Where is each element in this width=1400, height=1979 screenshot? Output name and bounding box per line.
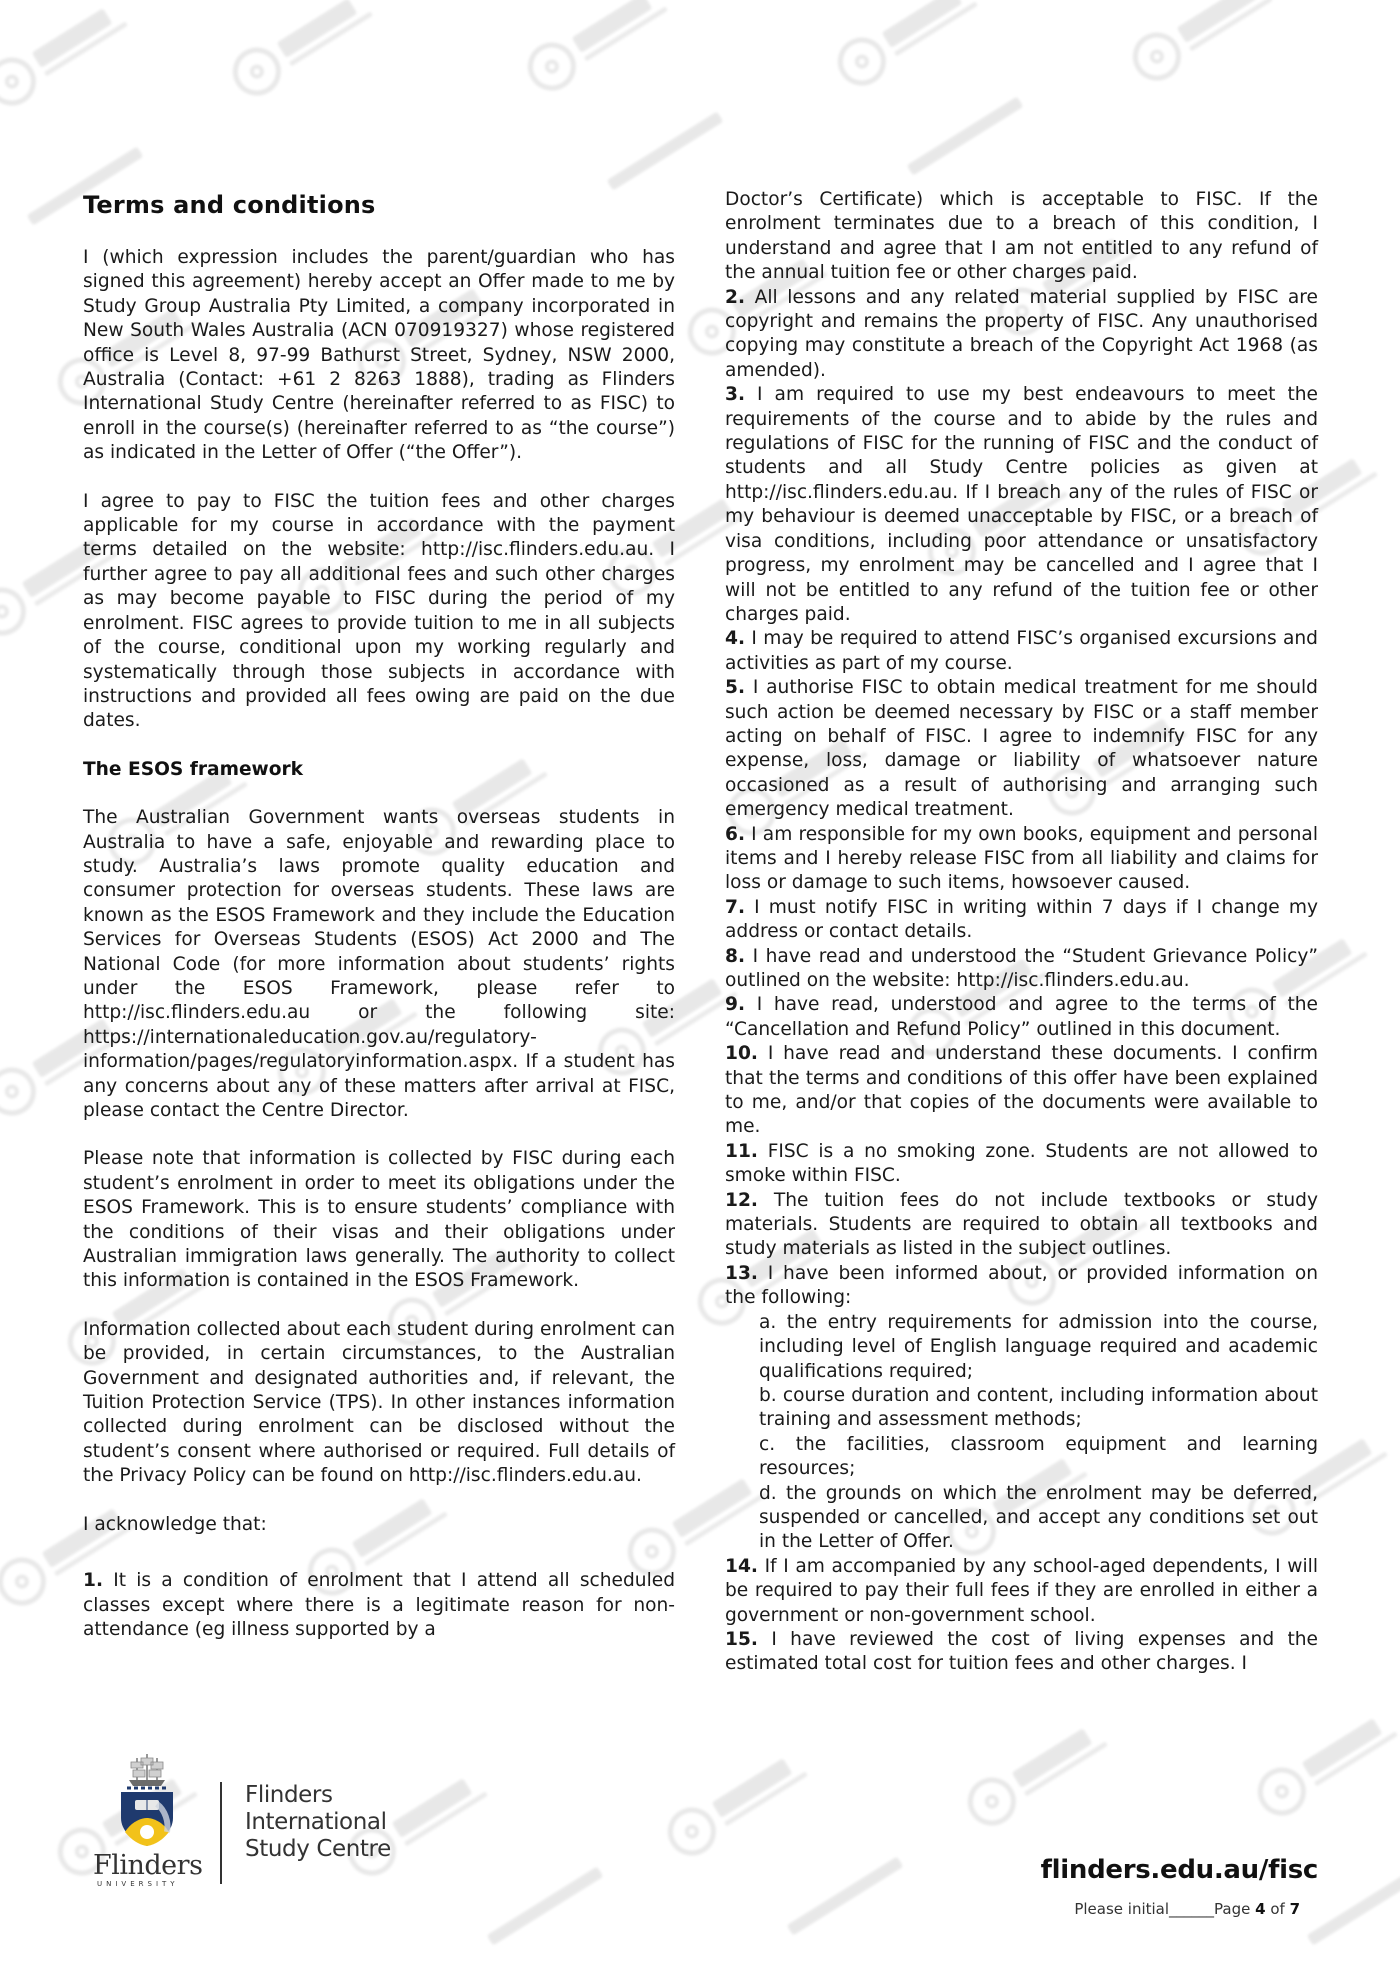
item-number: 13. <box>725 1263 758 1284</box>
item-number: 1. <box>83 1570 103 1591</box>
acknowledgement-item-2: 2. All lessons and any related material … <box>725 286 1318 384</box>
acknowledgement-item-12: 12. The tuition fees do not include text… <box>725 1189 1318 1262</box>
site-url: flinders.edu.au/fisc <box>1041 1855 1318 1885</box>
item-number: 12. <box>725 1190 758 1211</box>
page-of: of <box>1266 1900 1290 1918</box>
acknowledgement-item-5: 5. I authorise FISC to obtain medical tr… <box>725 676 1318 822</box>
page-label: Page <box>1214 1900 1255 1918</box>
item-number: 9. <box>725 994 745 1015</box>
item-text: I must notify FISC in writing within 7 d… <box>725 897 1318 942</box>
item-text: All lessons and any related material sup… <box>725 287 1318 381</box>
page-current: 4 <box>1255 1900 1265 1918</box>
item-text: I may be required to attend FISC’s organ… <box>725 628 1318 673</box>
item-number: 11. <box>725 1141 758 1162</box>
page-total: 7 <box>1290 1900 1300 1918</box>
acknowledgement-item-10: 10. I have read and understand these doc… <box>725 1042 1318 1140</box>
item-text: I have read, understood and agree to the… <box>725 994 1318 1039</box>
item-13-subitem-c: c. the facilities, classroom equipment a… <box>759 1433 1318 1482</box>
item-text: The tuition fees do not include textbook… <box>725 1190 1318 1260</box>
item-text: I am required to use my best endeavours … <box>725 384 1318 625</box>
item-number: 8. <box>725 946 745 967</box>
item-13-subitem-b: b. course duration and content, includin… <box>759 1384 1318 1433</box>
centre-name-line-1: Flinders International <box>245 1782 465 1836</box>
acknowledgement-item-4: 4. I may be required to attend FISC’s or… <box>725 627 1318 676</box>
item-text: I am responsible for my own books, equip… <box>725 824 1318 894</box>
item-number: 7. <box>725 897 745 918</box>
item-13-subitem-d: d. the grounds on which the enrolment ma… <box>759 1482 1318 1555</box>
item-text: I authorise FISC to obtain medical treat… <box>725 677 1318 820</box>
initial-blank: ______ <box>1169 1900 1214 1918</box>
right-column: Doctor’s Certificate) which is acceptabl… <box>725 188 1318 1677</box>
acknowledgement-item-8: 8. I have read and understood the “Stude… <box>725 945 1318 994</box>
esos-heading: The ESOS framework <box>83 758 675 782</box>
item-number: 4. <box>725 628 745 649</box>
acknowledgement-item-1: 1. It is a condition of enrolment that I… <box>83 1569 675 1642</box>
item-text: I have read and understood the “Student … <box>725 946 1318 991</box>
esos-paragraph-overview: The Australian Government wants overseas… <box>83 806 675 1123</box>
acknowledgement-item-9: 9. I have read, understood and agree to … <box>725 993 1318 1042</box>
item-text: FISC is a no smoking zone. Students are … <box>725 1141 1318 1186</box>
acknowledgement-item-3: 3. I am required to use my best endeavou… <box>725 383 1318 627</box>
item-number: 3. <box>725 384 745 405</box>
item-text: I have been informed about, or provided … <box>725 1263 1318 1308</box>
logo-divider <box>220 1782 222 1884</box>
acknowledgement-item-14: 14. If I am accompanied by any school-ag… <box>725 1555 1318 1628</box>
page-info: Please initial______Page 4 of 7 <box>1074 1900 1300 1918</box>
item-number: 5. <box>725 677 745 698</box>
acknowledgement-item-7: 7. I must notify FISC in writing within … <box>725 896 1318 945</box>
intro-paragraph-offer: I (which expression includes the parent/… <box>83 246 675 466</box>
left-column: Terms and conditions I (which expression… <box>83 190 675 1642</box>
item-number: 2. <box>725 287 745 308</box>
item-number: 6. <box>725 824 745 845</box>
acknowledgement-item-6: 6. I am responsible for my own books, eq… <box>725 823 1318 896</box>
acknowledgement-item-11: 11. FISC is a no smoking zone. Students … <box>725 1140 1318 1189</box>
item-number: 15. <box>725 1629 758 1650</box>
item-13-subitem-a: a. the entry requirements for admission … <box>759 1311 1318 1384</box>
esos-paragraph-disclosure: Information collected about each student… <box>83 1318 675 1489</box>
centre-name: Flinders International Study Centre <box>245 1782 465 1863</box>
acknowledgement-item-1-continued: Doctor’s Certificate) which is acceptabl… <box>725 188 1318 286</box>
document-page: Terms and conditions I (which expression… <box>0 0 1400 1979</box>
item-text: I have read and understand these documen… <box>725 1043 1318 1137</box>
acknowledgement-item-15: 15. I have reviewed the cost of living e… <box>725 1628 1318 1677</box>
flinders-logo: Flinders UNIVERSITY Flinders Internation… <box>85 1752 465 1884</box>
intro-paragraph-fees: I agree to pay to FISC the tuition fees … <box>83 490 675 734</box>
university-name: Flinders <box>93 1850 202 1881</box>
item-number: 14. <box>725 1556 758 1577</box>
acknowledge-label: I acknowledge that: <box>83 1513 675 1537</box>
item-text: It is a condition of enrolment that I at… <box>83 1570 675 1640</box>
esos-paragraph-collection: Please note that information is collecte… <box>83 1147 675 1293</box>
initial-label: Please initial <box>1074 1900 1169 1918</box>
university-subtitle: UNIVERSITY <box>97 1880 179 1888</box>
item-number: 10. <box>725 1043 758 1064</box>
item-text: If I am accompanied by any school-aged d… <box>725 1556 1318 1626</box>
acknowledgement-item-13: 13. I have been informed about, or provi… <box>725 1262 1318 1311</box>
item-text: I have reviewed the cost of living expen… <box>725 1629 1318 1674</box>
university-crest-icon <box>115 1752 179 1848</box>
page-title: Terms and conditions <box>83 190 675 220</box>
centre-name-line-2: Study Centre <box>245 1836 465 1863</box>
